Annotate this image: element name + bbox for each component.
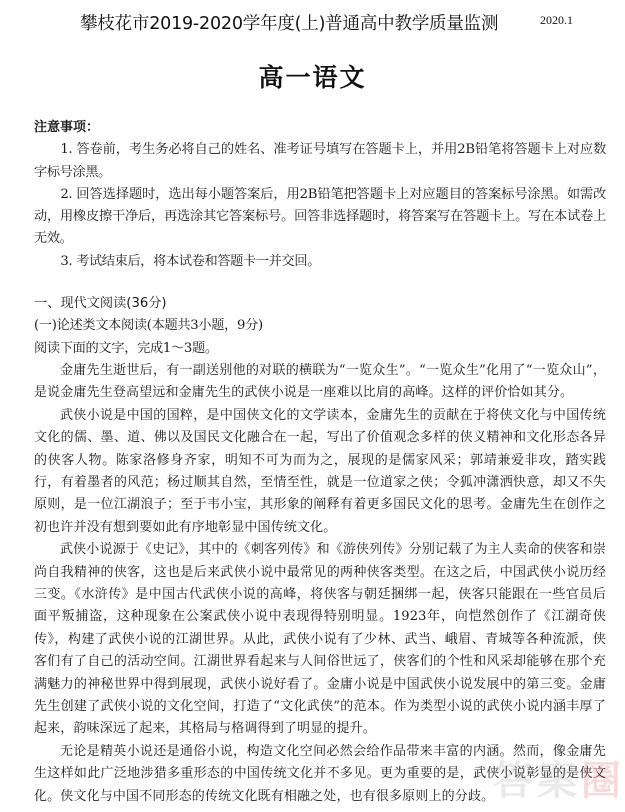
reading-instruction: 阅读下面的文字，完成1～3题。 (34, 338, 606, 360)
notice-item: 2. 回答选择题时，选出每小题答案后，用2B铅笔把答题卡上对应题目的答案标号涂黑… (34, 184, 606, 251)
passage-paragraph: 武侠小说是中国的国粹，是中国侠文化的文学读本，金庸先生的贡献在于将侠文化与中国传… (34, 405, 606, 539)
notice-heading: 注意事项： (34, 117, 606, 139)
passage-paragraph: 无论是精英小说还是通俗小说，构造文化空间必然会给作品带来丰富的内涵。然而，像金庸… (34, 741, 606, 808)
notice-item: 3. 考试结束后，将本试卷和答题卡一并交回。 (34, 251, 606, 273)
subsection-heading: (一)论述类文本阅读(本题共3小题，9分) (34, 315, 606, 337)
exam-title: 攀枝花市2019-2020学年度(上)普通高中教学质量监测 (80, 10, 498, 35)
exam-date: 2020.1 (540, 13, 573, 28)
notice-section: 注意事项： 1. 答卷前，考生务必将自己的姓名、准考证号填写在答题卡上，并用2B… (34, 117, 606, 273)
spacer (34, 273, 606, 293)
notice-item: 1. 答卷前，考生务必将自己的姓名、准考证号填写在答题卡上，并用2B铅笔将答题卡… (34, 139, 606, 184)
section-heading: 一、现代文阅读(36分) (34, 293, 606, 315)
exam-header: 攀枝花市2019-2020学年度(上)普通高中教学质量监测 2020.1 (80, 10, 625, 36)
exam-page: 攀枝花市2019-2020学年度(上)普通高中教学质量监测 2020.1 高一语… (0, 0, 625, 812)
section-modern-reading: 一、现代文阅读(36分) (一)论述类文本阅读(本题共3小题，9分) 阅读下面的… (34, 293, 606, 808)
subject-title: 高一语文 (0, 58, 625, 94)
passage-paragraph: 武侠小说源于《史记》，其中的《刺客列传》和《游侠列传》分别记载了为主人卖命的侠客… (34, 539, 606, 741)
exam-content: 注意事项： 1. 答卷前，考生务必将自己的姓名、准考证号填写在答题卡上，并用2B… (34, 117, 606, 808)
passage-paragraph: 金庸先生逝世后，有一副送别他的对联的横联为“一览众生”。“一览众生”化用了“一览… (34, 360, 606, 405)
